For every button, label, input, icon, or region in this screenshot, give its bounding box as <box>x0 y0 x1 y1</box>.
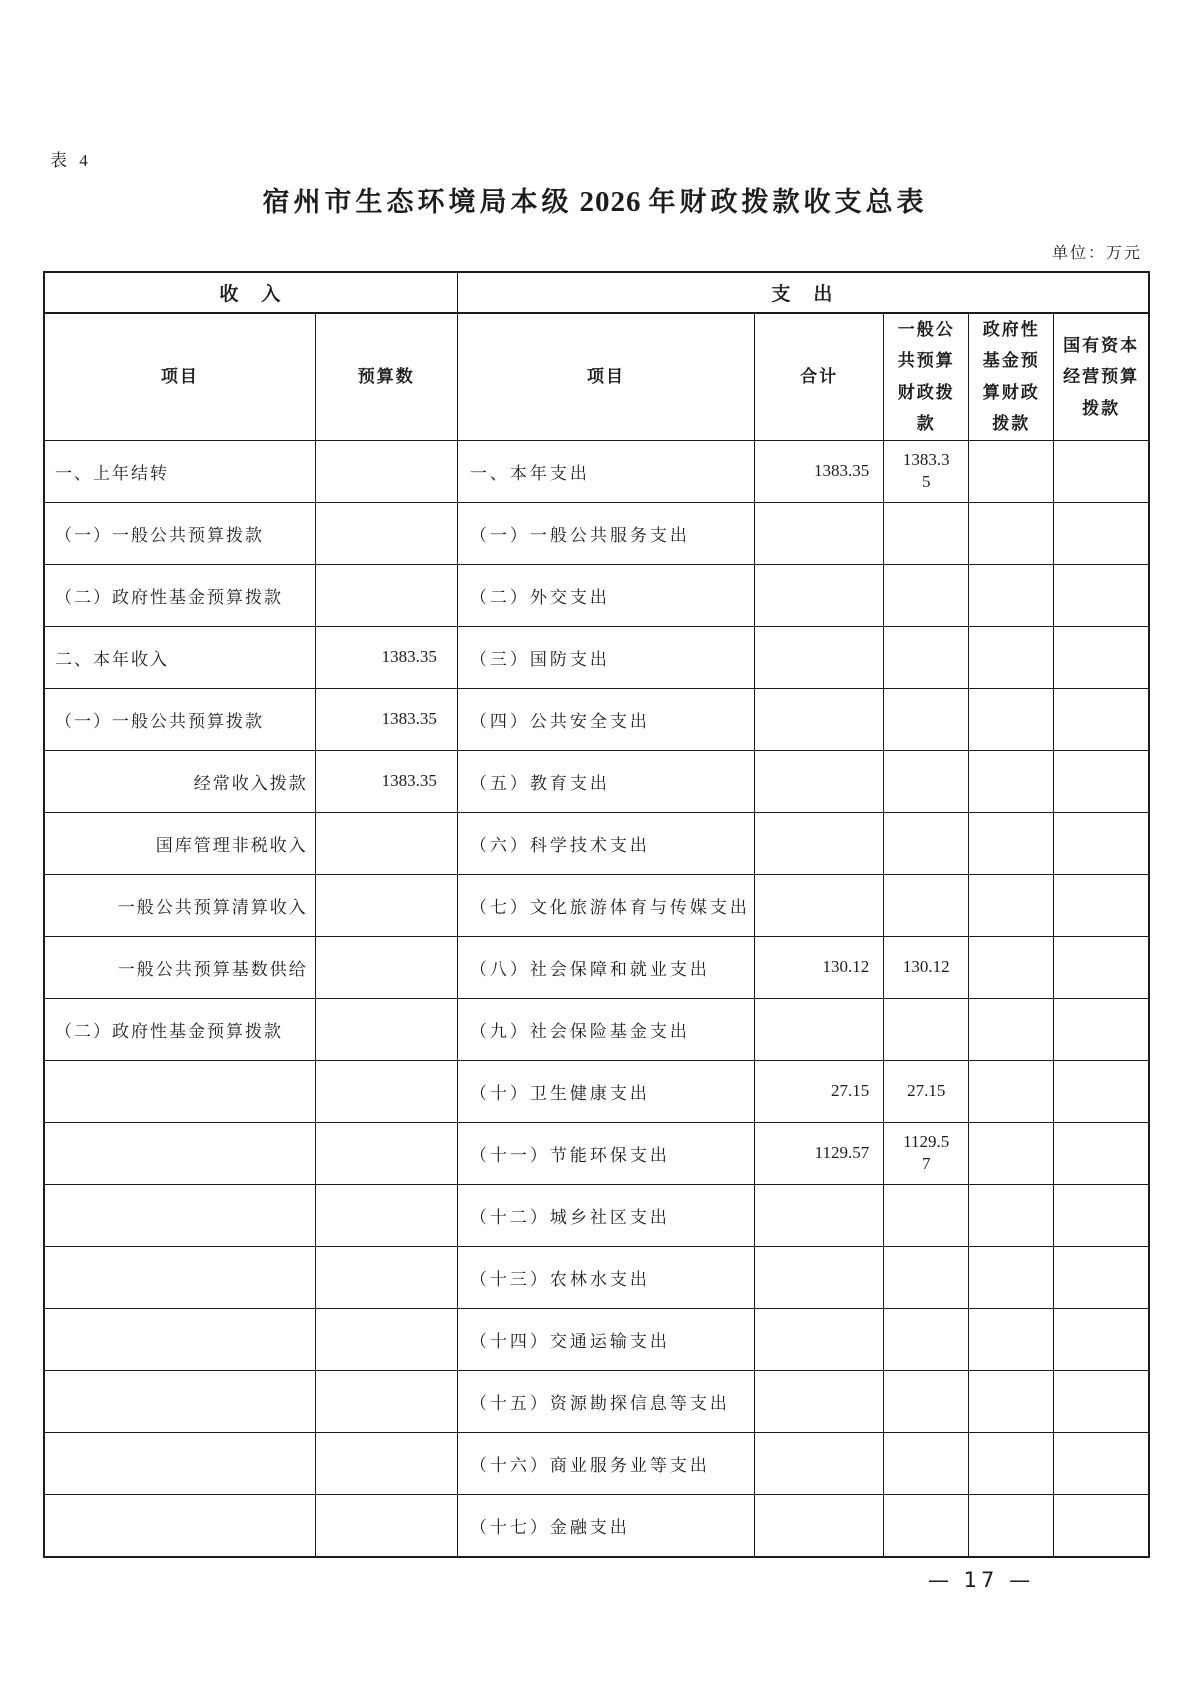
state-capital-budget-cell <box>1054 626 1149 688</box>
general-public-budget-cell <box>884 750 969 812</box>
income-item-cell: 二、本年收入 <box>44 626 315 688</box>
table-row: （十五）资源勘探信息等支出 <box>44 1370 1149 1432</box>
section-header-row: 收 入 支 出 <box>44 272 1149 313</box>
table-row: （十六）商业服务业等支出 <box>44 1432 1149 1494</box>
state-capital-budget-cell <box>1054 936 1149 998</box>
expense-item-cell: （十六）商业服务业等支出 <box>457 1432 754 1494</box>
income-budget-cell <box>315 1370 457 1432</box>
budget-table: 收 入 支 出 项目 预算数 项目 合计 一般公共预算财政拨款 政府性基金预算财… <box>43 271 1150 1558</box>
income-budget-cell <box>315 1494 457 1557</box>
income-budget-cell <box>315 1184 457 1246</box>
expense-item-cell: （八）社会保障和就业支出 <box>457 936 754 998</box>
table-row: （一）一般公共预算拨款 （一）一般公共服务支出 <box>44 502 1149 564</box>
general-public-budget-cell <box>884 564 969 626</box>
state-capital-budget-cell <box>1054 564 1149 626</box>
expense-total-cell <box>755 1184 884 1246</box>
expense-item-cell: （五）教育支出 <box>457 750 754 812</box>
government-fund-budget-cell <box>969 440 1054 502</box>
table-row: 一、上年结转 一、本年支出 1383.35 1383.35 <box>44 440 1149 502</box>
income-budget-cell <box>315 1432 457 1494</box>
state-capital-budget-cell <box>1054 1308 1149 1370</box>
col-header-income-item: 项目 <box>44 313 315 440</box>
income-item-cell <box>44 1432 315 1494</box>
table-row: （十二）城乡社区支出 <box>44 1184 1149 1246</box>
income-section-header: 收 入 <box>44 272 457 313</box>
income-budget-cell: 1383.35 <box>315 750 457 812</box>
general-public-budget-cell: 1129.57 <box>884 1122 969 1184</box>
general-public-budget-cell <box>884 874 969 936</box>
col-header-government-fund-budget: 政府性基金预算财政拨款 <box>969 313 1054 440</box>
government-fund-budget-cell <box>969 812 1054 874</box>
state-capital-budget-cell <box>1054 1494 1149 1557</box>
state-capital-budget-cell <box>1054 874 1149 936</box>
general-public-budget-cell <box>884 1432 969 1494</box>
column-header-row: 项目 预算数 项目 合计 一般公共预算财政拨款 政府性基金预算财政拨款 国有资本… <box>44 313 1149 440</box>
col-header-expense-item: 项目 <box>457 313 754 440</box>
income-item-cell: 一、上年结转 <box>44 440 315 502</box>
table-row: （十四）交通运输支出 <box>44 1308 1149 1370</box>
expense-total-cell <box>755 1246 884 1308</box>
income-item-cell <box>44 1184 315 1246</box>
expense-item-cell: （三）国防支出 <box>457 626 754 688</box>
government-fund-budget-cell <box>969 998 1054 1060</box>
income-budget-cell <box>315 936 457 998</box>
government-fund-budget-cell <box>969 874 1054 936</box>
income-budget-cell <box>315 502 457 564</box>
expense-item-cell: （四）公共安全支出 <box>457 688 754 750</box>
income-item-cell: （一）一般公共预算拨款 <box>44 688 315 750</box>
table-row: （二）政府性基金预算拨款 （九）社会保险基金支出 <box>44 998 1149 1060</box>
expense-item-cell: 一、本年支出 <box>457 440 754 502</box>
unit-note: 单位：万元 <box>1052 240 1142 263</box>
table-row: （十）卫生健康支出 27.15 27.15 <box>44 1060 1149 1122</box>
expense-total-cell <box>755 750 884 812</box>
expense-total-cell <box>755 874 884 936</box>
income-item-cell <box>44 1246 315 1308</box>
expense-total-cell <box>755 1494 884 1557</box>
income-item-cell <box>44 1308 315 1370</box>
expense-item-cell: （十二）城乡社区支出 <box>457 1184 754 1246</box>
government-fund-budget-cell <box>969 1432 1054 1494</box>
table-row: （十三）农林水支出 <box>44 1246 1149 1308</box>
page-title-year: 2026 <box>580 186 642 218</box>
table-row: 一般公共预算清算收入 （七）文化旅游体育与传媒支出 <box>44 874 1149 936</box>
government-fund-budget-cell <box>969 1122 1054 1184</box>
income-item-cell <box>44 1494 315 1557</box>
expense-item-cell: （一）一般公共服务支出 <box>457 502 754 564</box>
income-item-cell: （二）政府性基金预算拨款 <box>44 998 315 1060</box>
income-item-cell: 一般公共预算清算收入 <box>44 874 315 936</box>
income-budget-cell <box>315 564 457 626</box>
page-title-suffix: 年财政拨款收支总表 <box>649 187 928 217</box>
expense-total-cell <box>755 1370 884 1432</box>
expense-item-cell: （六）科学技术支出 <box>457 812 754 874</box>
state-capital-budget-cell <box>1054 1060 1149 1122</box>
table-row: 国库管理非税收入 （六）科学技术支出 <box>44 812 1149 874</box>
expense-total-cell <box>755 502 884 564</box>
government-fund-budget-cell <box>969 750 1054 812</box>
government-fund-budget-cell <box>969 502 1054 564</box>
state-capital-budget-cell <box>1054 502 1149 564</box>
expense-item-cell: （十一）节能环保支出 <box>457 1122 754 1184</box>
table-row: （十七）金融支出 <box>44 1494 1149 1557</box>
col-header-general-public-budget: 一般公共预算财政拨款 <box>884 313 969 440</box>
expense-item-cell: （七）文化旅游体育与传媒支出 <box>457 874 754 936</box>
table-row: （一）一般公共预算拨款 1383.35 （四）公共安全支出 <box>44 688 1149 750</box>
state-capital-budget-cell <box>1054 1246 1149 1308</box>
general-public-budget-cell <box>884 1370 969 1432</box>
table-row: 一般公共预算基数供给 （八）社会保障和就业支出 130.12 130.12 <box>44 936 1149 998</box>
general-public-budget-cell <box>884 998 969 1060</box>
expense-item-cell: （二）外交支出 <box>457 564 754 626</box>
expense-total-cell <box>755 1308 884 1370</box>
government-fund-budget-cell <box>969 626 1054 688</box>
general-public-budget-cell: 1383.35 <box>884 440 969 502</box>
expense-total-cell <box>755 812 884 874</box>
general-public-budget-cell <box>884 812 969 874</box>
expense-total-cell <box>755 998 884 1060</box>
expense-item-cell: （十五）资源勘探信息等支出 <box>457 1370 754 1432</box>
page-title: 宿州市生态环境局本级2026年财政拨款收支总表 <box>0 180 1190 219</box>
expense-item-cell: （九）社会保险基金支出 <box>457 998 754 1060</box>
state-capital-budget-cell <box>1054 812 1149 874</box>
income-budget-cell <box>315 1246 457 1308</box>
expense-total-cell: 1383.35 <box>755 440 884 502</box>
government-fund-budget-cell <box>969 1184 1054 1246</box>
general-public-budget-cell <box>884 502 969 564</box>
income-item-cell: （一）一般公共预算拨款 <box>44 502 315 564</box>
general-public-budget-cell: 27.15 <box>884 1060 969 1122</box>
table-label: 表 4 <box>50 146 92 171</box>
expense-total-cell <box>755 1432 884 1494</box>
government-fund-budget-cell <box>969 1494 1054 1557</box>
income-budget-cell <box>315 1308 457 1370</box>
income-budget-cell <box>315 998 457 1060</box>
income-item-cell <box>44 1370 315 1432</box>
income-budget-cell <box>315 812 457 874</box>
expense-total-cell: 130.12 <box>755 936 884 998</box>
expense-item-cell: （十）卫生健康支出 <box>457 1060 754 1122</box>
state-capital-budget-cell <box>1054 440 1149 502</box>
general-public-budget-cell <box>884 626 969 688</box>
government-fund-budget-cell <box>969 1060 1054 1122</box>
income-item-cell: （二）政府性基金预算拨款 <box>44 564 315 626</box>
income-budget-cell <box>315 874 457 936</box>
table-body: 一、上年结转 一、本年支出 1383.35 1383.35 （一）一般公共预算拨… <box>44 440 1149 1557</box>
general-public-budget-cell <box>884 1246 969 1308</box>
table-row: 二、本年收入 1383.35 （三）国防支出 <box>44 626 1149 688</box>
expense-item-cell: （十七）金融支出 <box>457 1494 754 1557</box>
government-fund-budget-cell <box>969 1370 1054 1432</box>
government-fund-budget-cell <box>969 688 1054 750</box>
state-capital-budget-cell <box>1054 1122 1149 1184</box>
state-capital-budget-cell <box>1054 1184 1149 1246</box>
expense-section-header: 支 出 <box>457 272 1149 313</box>
general-public-budget-cell <box>884 688 969 750</box>
document-page: 表 4 宿州市生态环境局本级2026年财政拨款收支总表 单位：万元 收 入 支 … <box>0 0 1190 1683</box>
government-fund-budget-cell <box>969 1308 1054 1370</box>
income-budget-cell <box>315 440 457 502</box>
expense-total-cell <box>755 564 884 626</box>
expense-total-cell <box>755 626 884 688</box>
table-row: （十一）节能环保支出 1129.57 1129.57 <box>44 1122 1149 1184</box>
col-header-income-budget: 预算数 <box>315 313 457 440</box>
income-item-cell <box>44 1060 315 1122</box>
table-row: （二）政府性基金预算拨款 （二）外交支出 <box>44 564 1149 626</box>
state-capital-budget-cell <box>1054 1370 1149 1432</box>
income-budget-cell: 1383.35 <box>315 688 457 750</box>
expense-total-cell: 1129.57 <box>755 1122 884 1184</box>
income-item-cell: 经常收入拨款 <box>44 750 315 812</box>
expense-item-cell: （十四）交通运输支出 <box>457 1308 754 1370</box>
general-public-budget-cell: 130.12 <box>884 936 969 998</box>
income-budget-cell <box>315 1122 457 1184</box>
col-header-expense-total: 合计 <box>755 313 884 440</box>
income-item-cell <box>44 1122 315 1184</box>
state-capital-budget-cell <box>1054 750 1149 812</box>
expense-item-cell: （十三）农林水支出 <box>457 1246 754 1308</box>
income-budget-cell <box>315 1060 457 1122</box>
state-capital-budget-cell <box>1054 998 1149 1060</box>
government-fund-budget-cell <box>969 564 1054 626</box>
income-item-cell: 一般公共预算基数供给 <box>44 936 315 998</box>
col-header-state-capital-budget: 国有资本经营预算拨款 <box>1054 313 1149 440</box>
income-item-cell: 国库管理非税收入 <box>44 812 315 874</box>
general-public-budget-cell <box>884 1308 969 1370</box>
table-row: 经常收入拨款 1383.35 （五）教育支出 <box>44 750 1149 812</box>
general-public-budget-cell <box>884 1494 969 1557</box>
government-fund-budget-cell <box>969 936 1054 998</box>
income-budget-cell: 1383.35 <box>315 626 457 688</box>
state-capital-budget-cell <box>1054 688 1149 750</box>
page-title-prefix: 宿州市生态环境局本级 <box>263 187 573 217</box>
general-public-budget-cell <box>884 1184 969 1246</box>
state-capital-budget-cell <box>1054 1432 1149 1494</box>
expense-total-cell <box>755 688 884 750</box>
page-number: — 17 — <box>928 1568 1034 1592</box>
expense-total-cell: 27.15 <box>755 1060 884 1122</box>
government-fund-budget-cell <box>969 1246 1054 1308</box>
